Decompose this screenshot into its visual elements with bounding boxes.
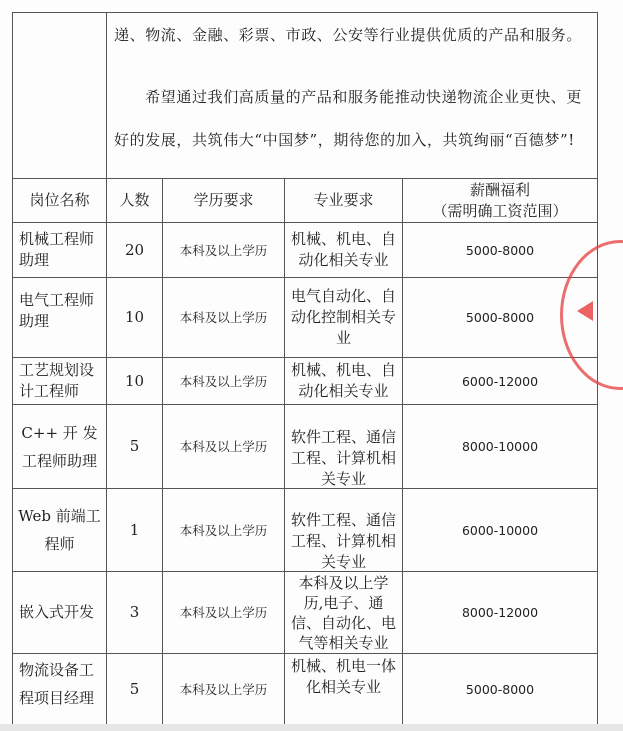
cell-count: 20 — [107, 223, 162, 277]
cell-major: 软件工程、通信工程、计算机相关专业 — [289, 489, 398, 571]
header-salary: 薪酬福利 （需明确工资范围） — [403, 179, 597, 222]
cell-salary: 6000-12000 — [403, 358, 597, 404]
cell-count: 1 — [107, 489, 162, 571]
header-salary-note: （需明确工资范围） — [432, 201, 567, 222]
cell-count: 3 — [107, 572, 162, 653]
cell-education: 本科及以上学历 — [163, 278, 284, 357]
table-border — [284, 178, 285, 731]
cell-position: 物流设备工程项目经理 — [13, 654, 106, 731]
cell-salary: 8000-12000 — [403, 572, 597, 653]
header-education: 学历要求 — [163, 179, 284, 222]
cell-position: 嵌入式开发 — [13, 572, 106, 653]
cell-major: 软件工程、通信工程、计算机相关专业 — [289, 405, 398, 488]
cell-education: 本科及以上学历 — [163, 223, 284, 277]
header-position: 岗位名称 — [13, 179, 106, 222]
cell-salary: 5000-8000 — [403, 654, 597, 724]
cell-education: 本科及以上学历 — [163, 489, 284, 571]
cell-count: 5 — [107, 405, 162, 488]
cell-count: 10 — [107, 278, 162, 357]
cell-salary: 5000-8000 — [403, 223, 597, 277]
cell-major: 机械、机电、自动化相关专业 — [289, 223, 398, 277]
intro-line-3: 好的发展，共筑伟大“中国梦”，期待您的加入，共筑绚丽“百德梦”! — [114, 129, 594, 150]
intro-line-2: 希望通过我们高质量的产品和服务能推动快递物流企业更快、更 — [114, 86, 594, 107]
header-major: 专业要求 — [285, 179, 402, 222]
page-bottom-edge — [0, 724, 623, 731]
cell-position: C++ 开 发工程师助理 — [13, 405, 106, 488]
cell-major: 本科及以上学历,电子、通信、自动化、电气等相关专业 — [289, 572, 398, 653]
cell-education: 本科及以上学历 — [163, 572, 284, 653]
cell-count: 5 — [107, 654, 162, 724]
cell-education: 本科及以上学历 — [163, 358, 284, 404]
cell-salary: 8000-10000 — [403, 405, 597, 488]
cell-count: 10 — [107, 358, 162, 404]
cell-major: 机械、机电一体化相关专业 — [289, 654, 398, 706]
document-page: 递、物流、金融、彩票、市政、公安等行业提供优质的产品和服务。 希望通过我们高质量… — [0, 0, 623, 731]
cell-major: 机械、机电、自动化相关专业 — [289, 358, 398, 404]
header-salary-title: 薪酬福利 — [470, 180, 530, 201]
table-border — [12, 12, 598, 13]
cell-major: 电气自动化、自动化控制相关专业 — [289, 278, 398, 357]
intro-line-1: 递、物流、金融、彩票、市政、公安等行业提供优质的产品和服务。 — [114, 24, 594, 45]
cell-education: 本科及以上学历 — [163, 405, 284, 488]
cell-salary: 6000-10000 — [403, 489, 597, 571]
cell-position: 机械工程师助理 — [13, 223, 106, 277]
header-count: 人数 — [107, 179, 162, 222]
seal-star-icon — [577, 301, 593, 321]
cell-education: 本科及以上学历 — [163, 654, 284, 724]
cell-position: Web 前端工程师 — [13, 489, 106, 571]
cell-position: 电气工程师助理 — [13, 278, 106, 357]
cell-position: 工艺规划设计工程师 — [13, 358, 106, 404]
